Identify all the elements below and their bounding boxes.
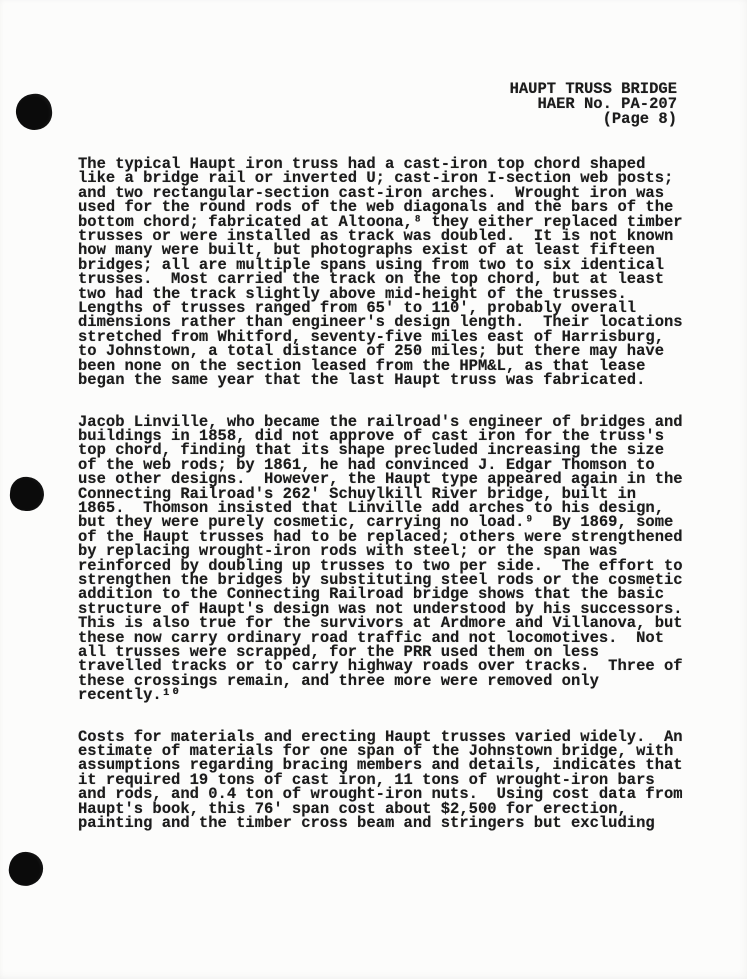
paragraph: The typical Haupt iron truss had a cast-… [78, 157, 723, 388]
hole-punch-middle [9, 476, 46, 513]
hole-punch-bottom [6, 849, 46, 889]
hole-punch-top [14, 92, 55, 133]
paragraph: Costs for materials and erecting Haupt t… [78, 730, 723, 831]
document-body: The typical Haupt iron truss had a cast-… [78, 157, 723, 857]
page-header: HAUPT TRUSS BRIDGE HAER No. PA-207 (Page… [510, 82, 677, 127]
paragraph: Jacob Linville, who became the railroad'… [78, 415, 723, 703]
document-page: HAUPT TRUSS BRIDGE HAER No. PA-207 (Page… [0, 0, 747, 979]
